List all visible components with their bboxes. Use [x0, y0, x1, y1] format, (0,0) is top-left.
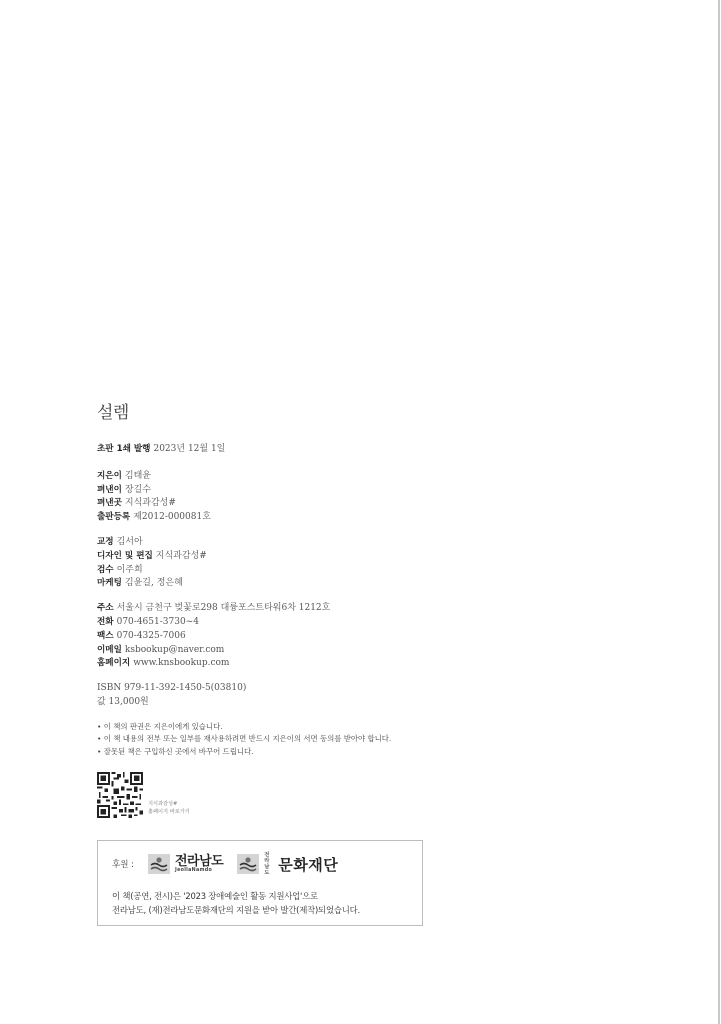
credit-author: 지은이김태윤	[97, 470, 437, 484]
logo-small-bottom: 남도	[264, 864, 274, 876]
credit-value: 제2012-000081호	[133, 512, 211, 522]
contact-value: ksbookup@naver.com	[125, 645, 224, 655]
credit-value: 지식과감성#	[125, 498, 176, 508]
jeollanamdo-logo-en: JeollaNamdo	[175, 869, 223, 874]
credit-value: 김서아	[117, 537, 143, 547]
credit-value: 김윤길, 정은혜	[125, 578, 183, 588]
page-edge-line	[718, 0, 720, 1024]
contact-label: 전화	[97, 617, 114, 627]
sponsor-logos: 후원 : 전라남도 JeollaNamdo 전라 남도	[112, 852, 338, 876]
credit-label: 펴낸이	[97, 485, 122, 495]
credit-review: 검수이주희	[97, 564, 437, 578]
homepage-qr[interactable]: 지식과감성# 홈페이지 바로가기	[97, 772, 190, 818]
qr-code-icon	[97, 772, 143, 818]
contact-label: 팩스	[97, 631, 114, 641]
isbn-group: ISBN 979-11-392-1450-5(03810) 값 13,000원	[97, 682, 437, 710]
credit-value: 이주희	[117, 565, 143, 575]
contact-value: 서울시 금천구 벚꽃로298 대륭포스트타워6차 1212호	[117, 603, 331, 613]
sponsor-statement: 이 책(공연, 전시)은 '2023 장애예술인 활동 지원사업'으로 전라남도…	[112, 889, 360, 917]
contact-value: 070-4651-3730~4	[117, 617, 199, 627]
sponsor-statement-line2: 전라남도, (재)전라남도문화재단의 지원을 받아 발간(제작)되었습니다.	[112, 903, 360, 917]
credit-value: 김태윤	[125, 471, 151, 481]
isbn: ISBN 979-11-392-1450-5(03810)	[97, 682, 437, 696]
qr-caption-line2: 홈페이지 바로가기	[148, 809, 190, 817]
credit-label: 펴낸곳	[97, 498, 122, 508]
credit-design: 디자인 및 편집지식과감성#	[97, 550, 437, 564]
price: 값 13,000원	[97, 696, 437, 710]
culture-foundation-logo-icon	[237, 854, 259, 874]
contact-value: www.knsbookup.com	[133, 658, 229, 668]
sponsor-statement-line1: 이 책(공연, 전시)은 '2023 장애예술인 활동 지원사업'으로	[112, 889, 360, 903]
credit-value: 장길수	[125, 485, 151, 495]
contact-label: 이메일	[97, 645, 122, 655]
credit-publisher: 펴낸이장길수	[97, 484, 437, 498]
culture-foundation-logo: 전라 남도 문화재단	[237, 852, 338, 876]
book-title: 설렘	[97, 398, 437, 423]
contact-value: 070-4325-7006	[117, 631, 186, 641]
note-item: 잘못된 책은 구입하신 곳에서 바꾸어 드립니다.	[97, 746, 437, 759]
contact-email: 이메일ksbookup@naver.com	[97, 644, 437, 658]
contact-group: 주소서울시 금천구 벚꽃로298 대륭포스트타워6차 1212호 전화070-4…	[97, 602, 437, 671]
contact-label: 홈페이지	[97, 658, 130, 668]
first-edition-value: 2023년 12월 1일	[153, 444, 225, 454]
credit-label: 지은이	[97, 471, 122, 481]
credit-registration: 출판등록제2012-000081호	[97, 511, 437, 525]
qr-caption-line1: 지식과감성#	[148, 801, 190, 809]
colophon: 설렘 초판 1쇄 발행2023년 12월 1일 지은이김태윤 펴낸이장길수 펴낸…	[97, 398, 437, 759]
jeollanamdo-logo: 전라남도 JeollaNamdo	[148, 854, 223, 874]
culture-foundation-logo-big: 문화재단	[278, 854, 338, 875]
first-edition-line: 초판 1쇄 발행2023년 12월 1일	[97, 443, 437, 457]
sponsor-label: 후원 :	[112, 858, 134, 870]
contact-phone: 전화070-4651-3730~4	[97, 616, 437, 630]
credit-proofreading: 교정김서아	[97, 536, 437, 550]
culture-foundation-logo-small: 전라 남도	[264, 852, 274, 876]
contact-homepage: 홈페이지www.knsbookup.com	[97, 657, 437, 671]
credit-marketing: 마케팅김윤길, 정은혜	[97, 577, 437, 591]
sponsor-box: 후원 : 전라남도 JeollaNamdo 전라 남도	[97, 840, 423, 926]
credit-value: 지식과감성#	[156, 551, 207, 561]
qr-caption: 지식과감성# 홈페이지 바로가기	[148, 801, 190, 816]
first-edition-label: 초판 1쇄 발행	[97, 444, 150, 454]
credit-label: 교정	[97, 537, 114, 547]
logo-small-top: 전라	[264, 852, 274, 864]
note-item: 이 책 내용의 전부 또는 일부를 재사용하려면 반드시 지은이의 서면 동의를…	[97, 733, 437, 746]
contact-address: 주소서울시 금천구 벚꽃로298 대륭포스트타워6차 1212호	[97, 602, 437, 616]
copyright-notes: 이 책의 판권은 지은이에게 있습니다. 이 책 내용의 전부 또는 일부를 재…	[97, 721, 437, 759]
credits-group-1: 지은이김태윤 펴낸이장길수 펴낸곳지식과감성# 출판등록제2012-000081…	[97, 470, 437, 525]
credit-label: 디자인 및 편집	[97, 551, 153, 561]
credits-group-2: 교정김서아 디자인 및 편집지식과감성# 검수이주희 마케팅김윤길, 정은혜	[97, 536, 437, 591]
jeollanamdo-logo-ko: 전라남도	[175, 855, 223, 868]
credit-label: 출판등록	[97, 512, 130, 522]
credit-label: 마케팅	[97, 578, 122, 588]
note-item: 이 책의 판권은 지은이에게 있습니다.	[97, 721, 437, 734]
credit-publishing-house: 펴낸곳지식과감성#	[97, 497, 437, 511]
contact-fax: 팩스070-4325-7006	[97, 630, 437, 644]
credit-label: 검수	[97, 565, 114, 575]
jeollanamdo-logo-icon	[148, 854, 170, 874]
contact-label: 주소	[97, 603, 114, 613]
